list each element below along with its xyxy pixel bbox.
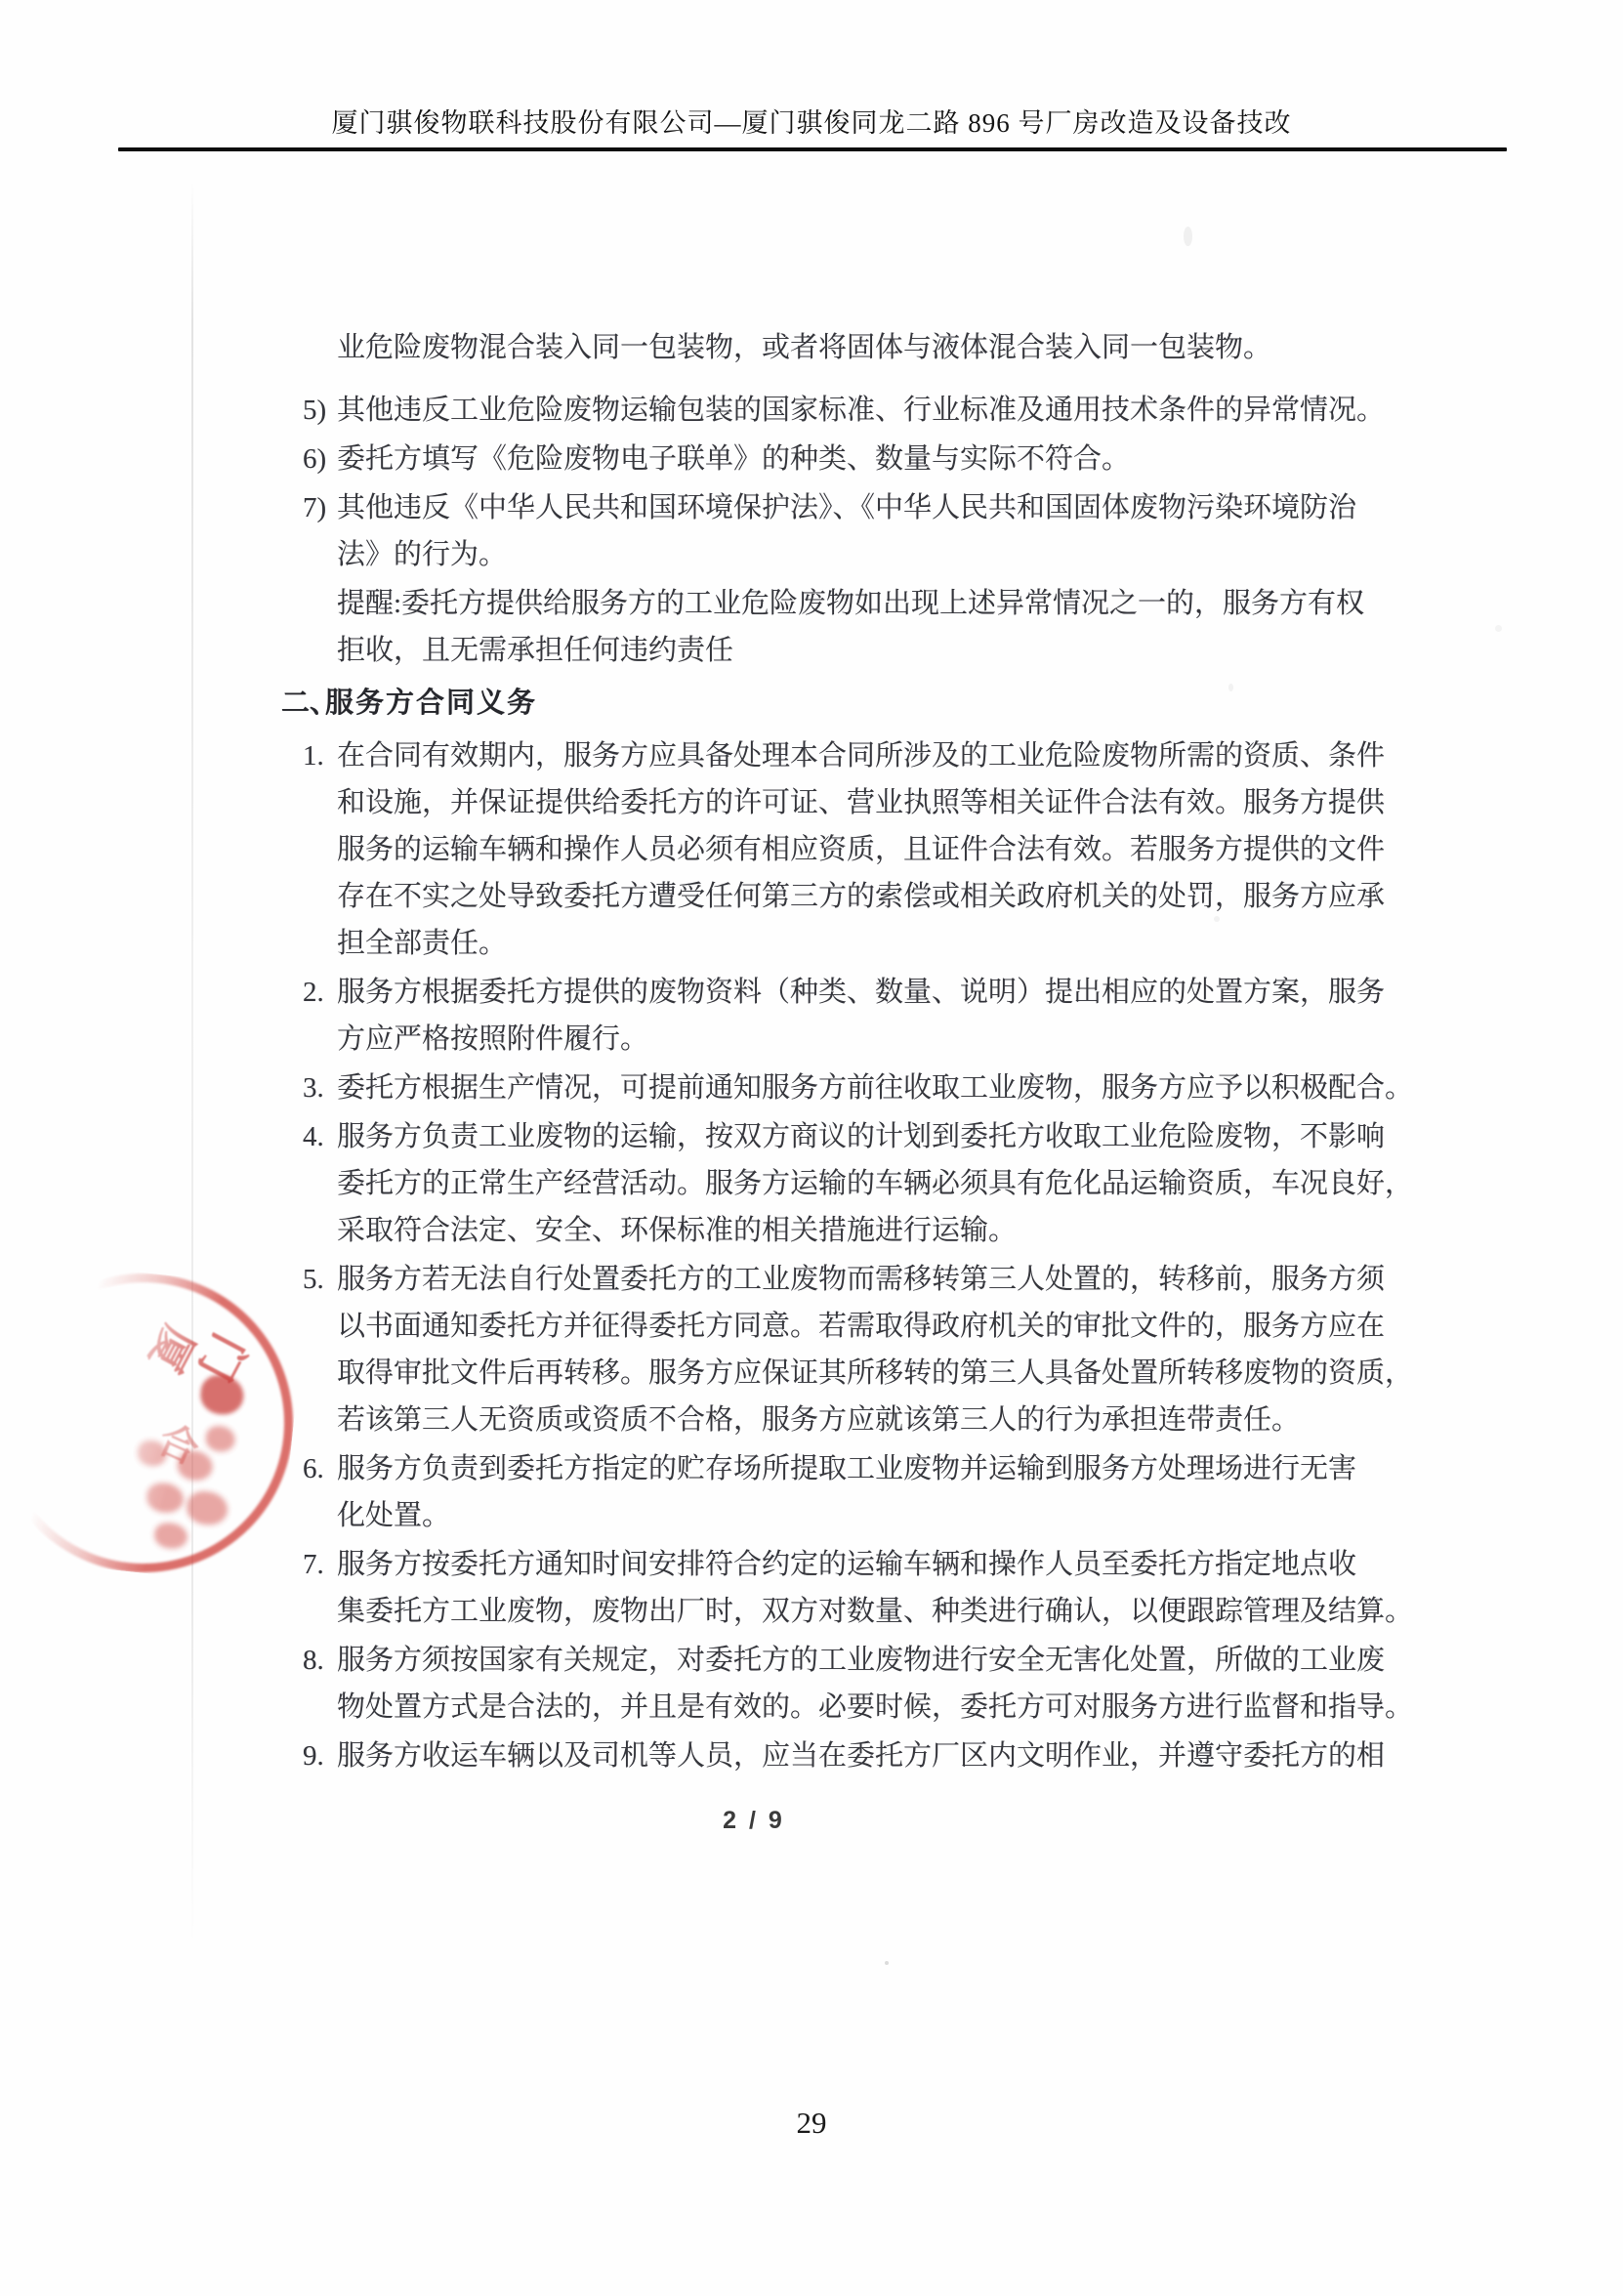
clause-line: 其他违反《中华人民共和国环境保护法》、《中华人民共和国固体废物污染环境防治	[337, 484, 1424, 531]
document-header-title: 厦门骐俊物联科技股份有限公司—厦门骐俊同龙二路 896 号厂房改造及设备技改	[0, 102, 1623, 140]
clause-line: 和设施，并保证提供给委托方的许可证、营业执照等相关证件合法有效。服务方提供	[337, 779, 1424, 826]
item-marker: 7)	[303, 484, 326, 531]
clause-line: 服务方收运车辆以及司机等人员，应当在委托方厂区内文明作业，并遵守委托方的相	[337, 1732, 1424, 1779]
clause-item-1: 1. 在合同有效期内，服务方应具备处理本合同所涉及的工业危险废物所需的资质、条件…	[301, 732, 1424, 967]
item-marker: 4.	[303, 1113, 324, 1160]
clause-line: 服务方若无法自行处置委托方的工业废物而需移转第三人处置的，转移前，服务方须	[337, 1256, 1424, 1303]
clause-line: 服务的运输车辆和操作人员必须有相应资质，且证件合法有效。若服务方提供的文件	[337, 826, 1424, 873]
clause-line: 存在不实之处导致委托方遭受任何第三方的索偿或相关政府机关的处罚，服务方应承	[337, 873, 1424, 920]
scan-speck	[885, 1961, 889, 1965]
clause-line: 化处置。	[337, 1492, 1424, 1539]
section-title: 服务方合同义务	[325, 680, 537, 727]
clause-item-7: 7. 服务方按委托方通知时间安排符合约定的运输车辆和操作人员至委托方指定地点收 …	[301, 1541, 1424, 1635]
clause-line: 采取符合法定、安全、环保标准的相关措施进行运输。	[337, 1207, 1424, 1254]
item-marker: 2.	[303, 969, 324, 1016]
clause-item-7p: 7) 其他违反《中华人民共和国环境保护法》、《中华人民共和国固体废物污染环境防治…	[301, 484, 1424, 578]
clause-line: 其他违反工业危险废物运输包装的国家标准、行业标准及通用技术条件的异常情况。	[337, 387, 1424, 434]
clause-line: 方应严格按照附件履行。	[337, 1016, 1424, 1063]
clause-line: 若该第三人无资质或资质不合格，服务方应就该第三人的行为承担连带责任。	[337, 1397, 1424, 1443]
clause-item-4: 4. 服务方负责工业废物的运输，按双方商议的计划到委托方收取工业危险废物，不影响…	[301, 1113, 1424, 1254]
clause-line: 取得审批文件后再转移。服务方应保证其所移转的第三人具备处置所转移废物的资质，	[337, 1350, 1424, 1397]
clause-item-8: 8. 服务方须按国家有关规定，对委托方的工业废物进行安全无害化处置，所做的工业废…	[301, 1637, 1424, 1731]
contract-body: 业危险废物混合装入同一包装物，或者将固体与液体混合装入同一包装物。 5) 其他违…	[301, 324, 1424, 1781]
scan-speck	[1495, 625, 1502, 632]
clause-item-2: 2. 服务方根据委托方提供的废物资料（种类、数量、说明）提出相应的处置方案，服务…	[301, 969, 1424, 1063]
item-marker: 5)	[303, 387, 326, 434]
item-marker: 3.	[303, 1065, 324, 1111]
scan-page-edge-artifact	[191, 181, 193, 1948]
clause-line: 服务方负责工业废物的运输，按双方商议的计划到委托方收取工业危险废物，不影响	[337, 1113, 1424, 1160]
clause-line: 担全部责任。	[337, 920, 1424, 967]
section-heading: 二、 服务方合同义务	[301, 680, 1424, 727]
item-marker: 9.	[303, 1732, 324, 1779]
clause-line: 服务方负责到委托方指定的贮存场所提取工业废物并运输到服务方处理场进行无害	[337, 1445, 1424, 1492]
company-seal-stamp: 厦 门 合	[0, 1259, 308, 1587]
reminder-line: 拒收，且无需承担任何违约责任	[337, 627, 1424, 674]
clause-item-6: 6. 服务方负责到委托方指定的贮存场所提取工业废物并运输到服务方处理场进行无害 …	[301, 1445, 1424, 1539]
clause-line: 服务方须按国家有关规定，对委托方的工业废物进行安全无害化处置，所做的工业废	[337, 1637, 1424, 1684]
scanned-contract-page: 厦门骐俊物联科技股份有限公司—厦门骐俊同龙二路 896 号厂房改造及设备技改 厦…	[0, 0, 1623, 2296]
item-marker: 6)	[303, 436, 326, 482]
clause-item-5p: 5) 其他违反工业危险废物运输包装的国家标准、行业标准及通用技术条件的异常情况。	[301, 387, 1424, 434]
clause-line: 服务方按委托方通知时间安排符合约定的运输车辆和操作人员至委托方指定地点收	[337, 1541, 1424, 1588]
reminder-line: 提醒:委托方提供给服务方的工业危险废物如出现上述异常情况之一的，服务方有权	[337, 580, 1424, 627]
clause-line: 在合同有效期内，服务方应具备处理本合同所涉及的工业危险废物所需的资质、条件	[337, 732, 1424, 779]
clause-line: 以书面通知委托方并征得委托方同意。若需取得政府机关的审批文件的，服务方应在	[337, 1303, 1424, 1350]
item-marker: 1.	[303, 732, 324, 779]
item-marker: 8.	[303, 1637, 324, 1684]
section-marker: 二、	[281, 680, 338, 727]
clause-line: 委托方填写《危险废物电子联单》的种类、数量与实际不符合。	[337, 436, 1424, 482]
clause-line: 委托方的正常生产经营活动。服务方运输的车辆必须具有危化品运输资质，车况良好，	[337, 1160, 1424, 1207]
item-marker: 6.	[303, 1445, 324, 1492]
header-divider-line	[118, 147, 1507, 151]
clause-line: 集委托方工业废物，废物出厂时，双方对数量、种类进行确认，以便跟踪管理及结算。	[337, 1588, 1424, 1635]
clause-item-3: 3. 委托方根据生产情况，可提前通知服务方前往收取工业废物，服务方应予以积极配合…	[301, 1065, 1424, 1111]
clause-line: 服务方根据委托方提供的废物资料（种类、数量、说明）提出相应的处置方案，服务	[337, 969, 1424, 1016]
scan-speck	[1184, 227, 1192, 246]
page-indicator: 2 / 9	[723, 1807, 785, 1835]
page-number: 29	[0, 2106, 1623, 2141]
item-marker: 5.	[303, 1256, 324, 1303]
clause-item-5: 5. 服务方若无法自行处置委托方的工业废物而需移转第三人处置的，转移前，服务方须…	[301, 1256, 1424, 1443]
clause-item-9: 9. 服务方收运车辆以及司机等人员，应当在委托方厂区内文明作业，并遵守委托方的相	[301, 1732, 1424, 1779]
clause-continuation-line: 业危险废物混合装入同一包装物，或者将固体与液体混合装入同一包装物。	[337, 324, 1424, 371]
item-marker: 7.	[303, 1541, 324, 1588]
clause-line: 物处置方式是合法的，并且是有效的。必要时候，委托方可对服务方进行监督和指导。	[337, 1684, 1424, 1731]
clause-line: 委托方根据生产情况，可提前通知服务方前往收取工业废物，服务方应予以积极配合。	[337, 1065, 1424, 1111]
clause-line: 法》的行为。	[337, 531, 1424, 578]
reminder-note: 提醒:委托方提供给服务方的工业危险废物如出现上述异常情况之一的，服务方有权 拒收…	[337, 580, 1424, 674]
clause-item-6p: 6) 委托方填写《危险废物电子联单》的种类、数量与实际不符合。	[301, 436, 1424, 482]
